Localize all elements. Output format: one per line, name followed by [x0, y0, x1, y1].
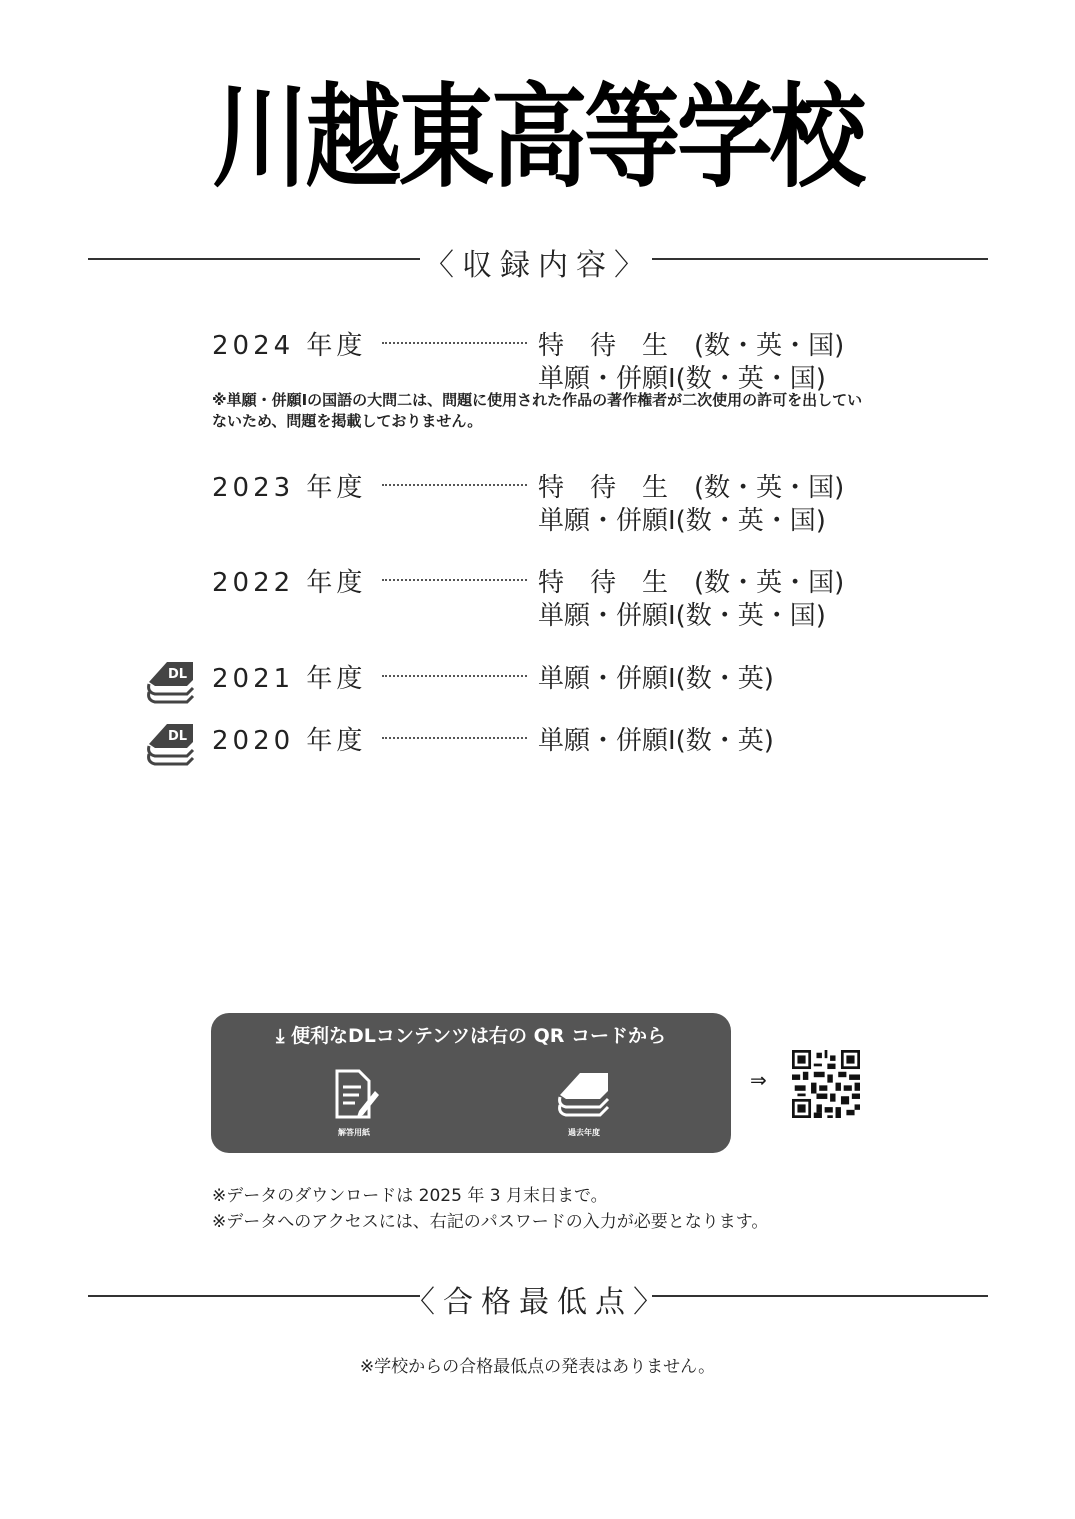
- leader-dots: [382, 675, 527, 677]
- arrow-right: ⇒: [750, 1068, 767, 1092]
- past-years-item[interactable]: 過去年度: [544, 1067, 624, 1138]
- entry-line: 特 待 生 (数・英・国): [538, 467, 844, 504]
- books-icon: [554, 1067, 614, 1121]
- entry-line: 単願・併願Ⅰ(数・英): [538, 658, 774, 695]
- divider: [652, 258, 988, 260]
- entry-line: 単願・併願Ⅰ(数・英・国): [538, 595, 826, 632]
- download-content-box: ⤓ 便利なDLコンテンツは右の QR コードから 解答用紙 過去年度: [211, 1013, 731, 1153]
- section-header-min-score: 〈合格最低点〉: [88, 1275, 988, 1315]
- svg-text:DL: DL: [168, 729, 187, 744]
- download-box-header: ⤓ 便利なDLコンテンツは右の QR コードから: [211, 1021, 731, 1048]
- download-books-icon: DL: [143, 718, 199, 768]
- entry-year: 2024 年度: [212, 325, 366, 362]
- leader-dots: [382, 342, 527, 344]
- answer-sheet-label: 解答用紙: [314, 1127, 394, 1138]
- svg-text:DL: DL: [168, 667, 187, 682]
- entry-line: 特 待 生 (数・英・国): [538, 562, 844, 599]
- qr-code[interactable]: [792, 1050, 860, 1118]
- download-icon: ⤓: [276, 1025, 291, 1047]
- download-footnotes: ※データのダウンロードは 2025 年 3 月末日まで。 ※データへのアクセスに…: [212, 1183, 768, 1235]
- entry-line: 特 待 生 (数・英・国): [538, 325, 844, 362]
- min-score-note: ※学校からの合格最低点の発表はありません。: [0, 1352, 1075, 1377]
- past-years-label: 過去年度: [544, 1127, 624, 1138]
- section-label: 〈合格最低点〉: [88, 1277, 988, 1321]
- entry-year: 2023 年度: [212, 467, 366, 504]
- answer-sheet-icon: [329, 1067, 379, 1121]
- download-books-icon: DL: [143, 656, 199, 706]
- footnote: ※データへのアクセスには、右記のパスワードの入力が必要となります。: [212, 1209, 768, 1235]
- section-label: 〈収録内容〉: [88, 240, 988, 284]
- entry-line: 単願・併願Ⅰ(数・英): [538, 720, 774, 757]
- entry-line: 単願・併願Ⅰ(数・英・国): [538, 500, 826, 537]
- footnote: ※データのダウンロードは 2025 年 3 月末日まで。: [212, 1183, 768, 1209]
- entry-year: 2021 年度: [212, 658, 366, 695]
- note-2024: ※単願・併願Ⅰの国語の大問二は、問題に使用された作品の著作権者が二次使用の許可を…: [212, 390, 872, 432]
- section-header-contents: 〈収録内容〉: [88, 238, 988, 278]
- answer-sheet-item[interactable]: 解答用紙: [314, 1067, 394, 1138]
- entry-year: 2020 年度: [212, 720, 366, 757]
- leader-dots: [382, 484, 527, 486]
- leader-dots: [382, 737, 527, 739]
- divider: [652, 1295, 988, 1297]
- entry-year: 2022 年度: [212, 562, 366, 599]
- school-title: 川越東高等学校: [75, 82, 1000, 194]
- leader-dots: [382, 579, 527, 581]
